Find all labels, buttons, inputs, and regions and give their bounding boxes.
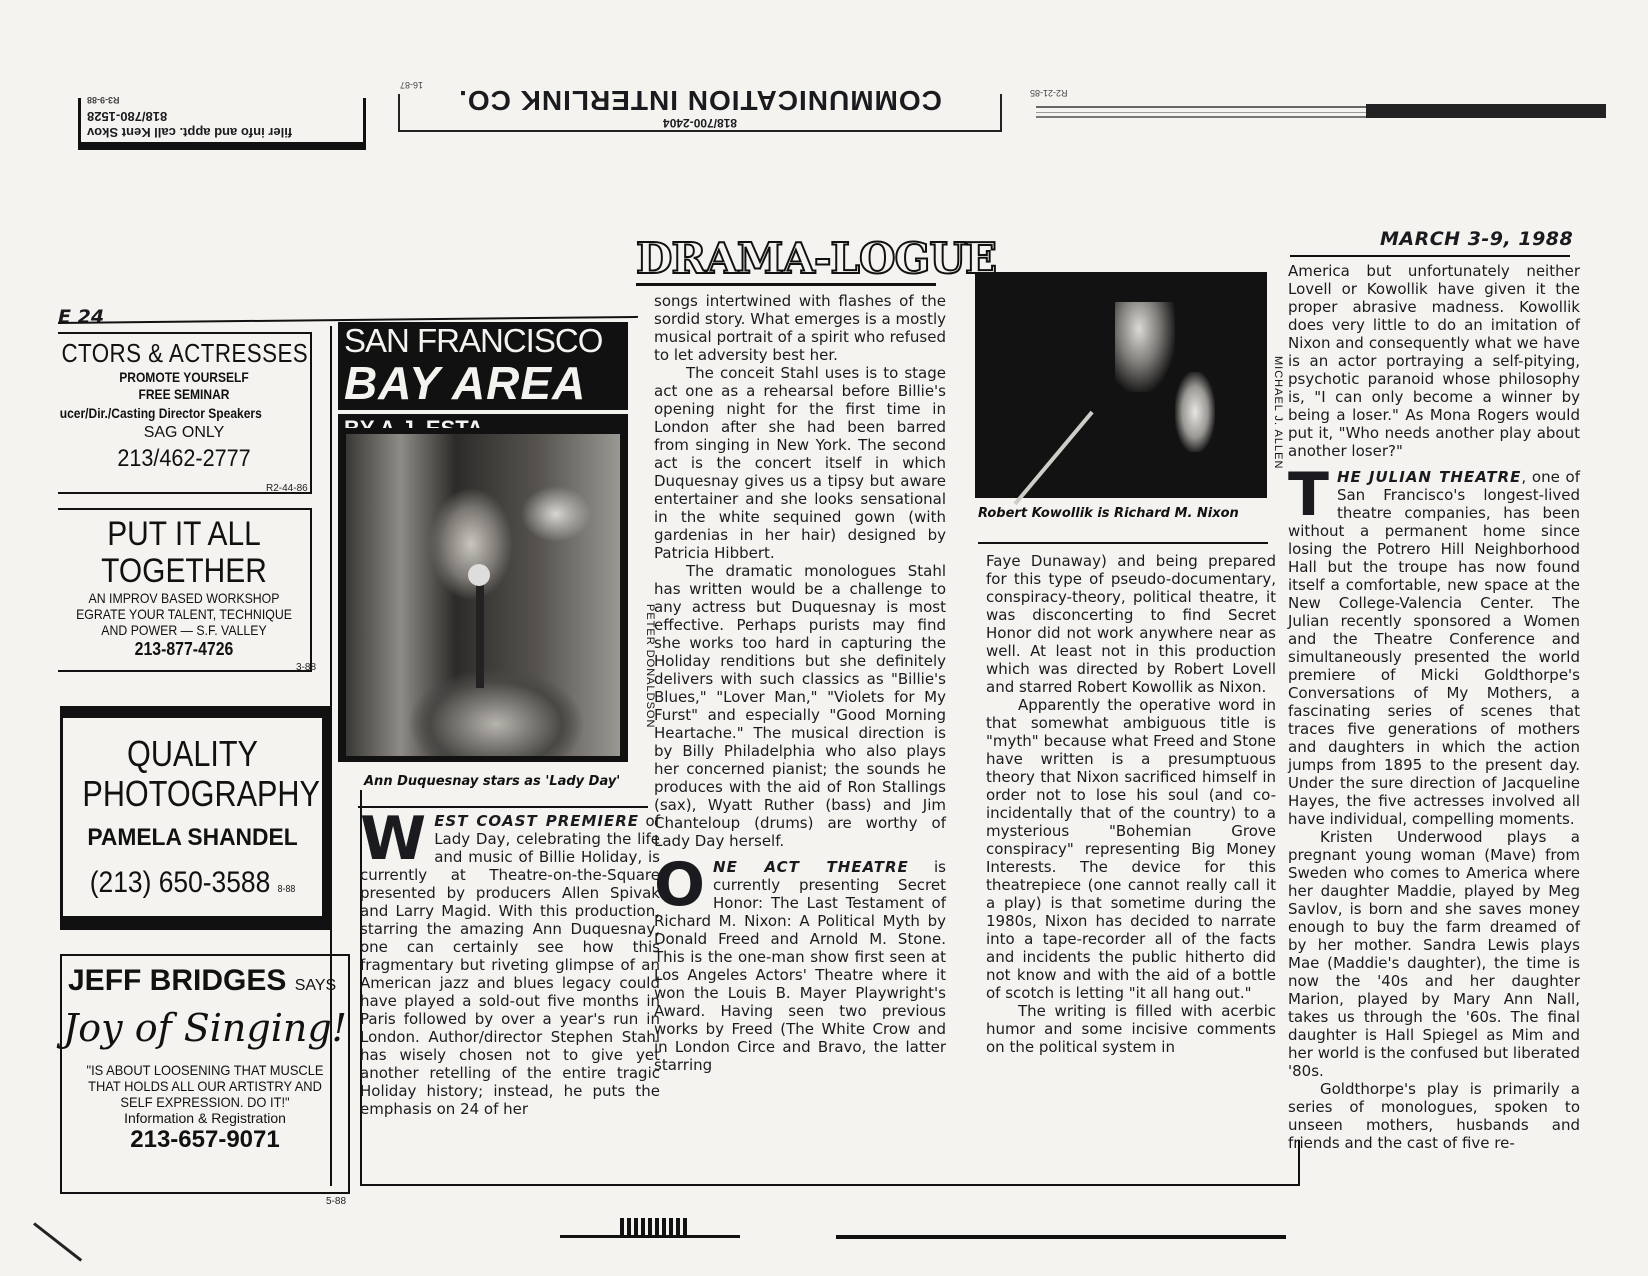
- ad-name: PAMELA SHANDEL: [69, 824, 315, 852]
- drop-cap: T: [1288, 470, 1329, 520]
- article-column-3: Faye Dunaway) and being prepared for thi…: [986, 552, 1276, 1056]
- clipped-ad-phone: 818/780-1528: [87, 108, 357, 124]
- clipped-ad-center-title: COMMUNICATION INTERLINK CO.: [400, 84, 1000, 116]
- masthead-logo: DRAMA-LOGUE: [636, 236, 996, 282]
- clipped-ad-code: R3-9-88: [87, 92, 357, 108]
- photo-credit: MICHAEL J. ALLEN: [1272, 356, 1284, 469]
- ad-quote: SELF EXPRESSION. DO IT!": [73, 1094, 336, 1110]
- drop-cap: W: [360, 814, 426, 864]
- ad-script-title: Joy of Singing!: [62, 1006, 348, 1050]
- article-column-2: songs intertwined with flashes of the so…: [654, 292, 946, 1074]
- ad-line: EGRATE YOUR TALENT, TECHNIQUE: [73, 606, 295, 622]
- section-lead: EST COAST PREMIERE: [434, 812, 639, 830]
- ad-phone: 213-657-9071: [62, 1127, 348, 1153]
- clipped-ad-top-center: 818/700-2404 COMMUNICATION INTERLINK CO.: [398, 94, 1002, 132]
- ad-headline: CTORS & ACTRESSES: [58, 338, 275, 369]
- ad-headline: PHOTOGRAPHY: [82, 774, 302, 814]
- ad-phone: (213) 650-3588: [90, 866, 271, 899]
- ornament-pipes: [620, 1218, 690, 1236]
- ad-line: AND POWER — S.F. VALLEY: [73, 622, 295, 638]
- photo-caption: Robert Kowollik is Richard M. Nixon: [978, 506, 1239, 521]
- article-paragraph: The conceit Stahl uses is to stage act o…: [654, 364, 946, 562]
- bottom-rule: [836, 1235, 1286, 1239]
- article-paragraph: The dramatic monologues Stahl has writte…: [654, 562, 946, 850]
- page-number: E 24: [58, 306, 104, 328]
- caption-rule: [978, 542, 1268, 544]
- date-rule: [1290, 255, 1570, 257]
- ad-headline: JEFF BRIDGES: [68, 964, 286, 997]
- classified-ad-actors-seminar: CTORS & ACTRESSES PROMOTE YOURSELF FREE …: [58, 332, 312, 494]
- ad-line: AN IMPROV BASED WORKSHOP: [73, 590, 295, 606]
- classified-ad-quality-photography: QUALITY PHOTOGRAPHY PAMELA SHANDEL (213)…: [60, 706, 332, 930]
- clipped-ad-top-left: filer info and appt. call Kent Skov 818/…: [78, 98, 366, 150]
- ad-detail: ucer/Dir./Casting Director Speakers: [58, 403, 275, 423]
- photo-lady-day: [338, 428, 628, 762]
- column-title: SAN FRANCISCO: [338, 322, 628, 360]
- ad-headline: QUALITY: [82, 734, 302, 774]
- masthead-rule: [636, 283, 936, 286]
- clipped-ad-center-phone: 818/700-2404: [400, 116, 1000, 130]
- classified-ad-joy-of-singing: JEFF BRIDGES SAYS Joy of Singing! "IS AB…: [60, 954, 350, 1194]
- ad-phone: 213/462-2777: [71, 445, 298, 473]
- bottom-ornament: [560, 1220, 740, 1240]
- ad-subline: FREE SEMINAR: [76, 386, 293, 403]
- ad-code: 5-88: [326, 1196, 346, 1207]
- classified-ad-improv-workshop: PUT IT ALL TOGETHER AN IMPROV BASED WORK…: [58, 508, 312, 672]
- drop-cap: O: [654, 860, 705, 910]
- ad-info: Information & Registration: [62, 1110, 348, 1127]
- article-paragraph: Faye Dunaway) and being prepared for thi…: [986, 552, 1276, 696]
- corner-mark: [33, 1222, 82, 1261]
- ad-code: 3-88: [296, 662, 316, 673]
- photo-face: [1115, 302, 1175, 392]
- article-paragraph: , one of San Francisco's longest-lived t…: [1288, 468, 1580, 828]
- article-paragraph: Kristen Underwood plays a pregnant young…: [1288, 828, 1580, 1080]
- article-column-4: America but unfortunately neither Lovell…: [1288, 262, 1580, 1152]
- ad-note: SAG ONLY: [58, 423, 310, 443]
- column-title-bay-area: BAY AREA: [338, 360, 628, 410]
- rule-lines: [1036, 106, 1366, 118]
- column-header: SAN FRANCISCO BAY AREA BY A.J. ESTA: [338, 322, 628, 444]
- ad-phone: 213-877-4726: [73, 638, 295, 660]
- ad-subline: PROMOTE YOURSELF: [76, 369, 293, 386]
- column-divider: [330, 326, 332, 1186]
- microphone-shape: [476, 578, 484, 688]
- article-paragraph: Apparently the operative word in that so…: [986, 696, 1276, 1002]
- ad-quote: "IS ABOUT LOOSENING THAT MUSCLE: [73, 1062, 336, 1078]
- ad-code: 8-88: [278, 884, 296, 895]
- article-frame-bottom: [360, 1184, 1300, 1186]
- issue-date: MARCH 3-9, 1988: [1380, 228, 1573, 250]
- clipped-ad-right-code: R2-21-85: [1030, 88, 1068, 98]
- ad-headline: TOGETHER: [73, 553, 295, 590]
- photo-hand: [1175, 372, 1215, 452]
- black-bar: [1366, 104, 1606, 118]
- ad-code: R2-44-86: [266, 483, 308, 494]
- article-paragraph: The writing is filled with acerbic humor…: [986, 1002, 1276, 1056]
- article-paragraph: Goldthorpe's play is primarily a series …: [1288, 1080, 1580, 1152]
- ad-headline: PUT IT ALL: [73, 516, 295, 553]
- article-paragraph: songs intertwined with flashes of the so…: [654, 292, 946, 364]
- ad-quote: THAT HOLDS ALL OUR ARTISTRY AND: [73, 1078, 336, 1094]
- clipped-ad-top-right: [1036, 104, 1606, 122]
- section-lead: NE ACT THEATRE: [713, 858, 909, 876]
- article-column-1: W EST COAST PREMIERE of Lady Day, celebr…: [360, 812, 660, 1118]
- photo-caption: Ann Duquesnay stars as 'Lady Day': [364, 774, 620, 789]
- ornament-bar: [560, 1235, 740, 1238]
- microphone-shape: [1013, 411, 1093, 505]
- photo-nixon: [975, 272, 1267, 498]
- section-lead: HE JULIAN THEATRE: [1337, 468, 1521, 486]
- clipped-ad-contact: filer info and appt. call Kent Skov: [87, 124, 357, 140]
- article-paragraph: America but unfortunately neither Lovell…: [1288, 262, 1580, 460]
